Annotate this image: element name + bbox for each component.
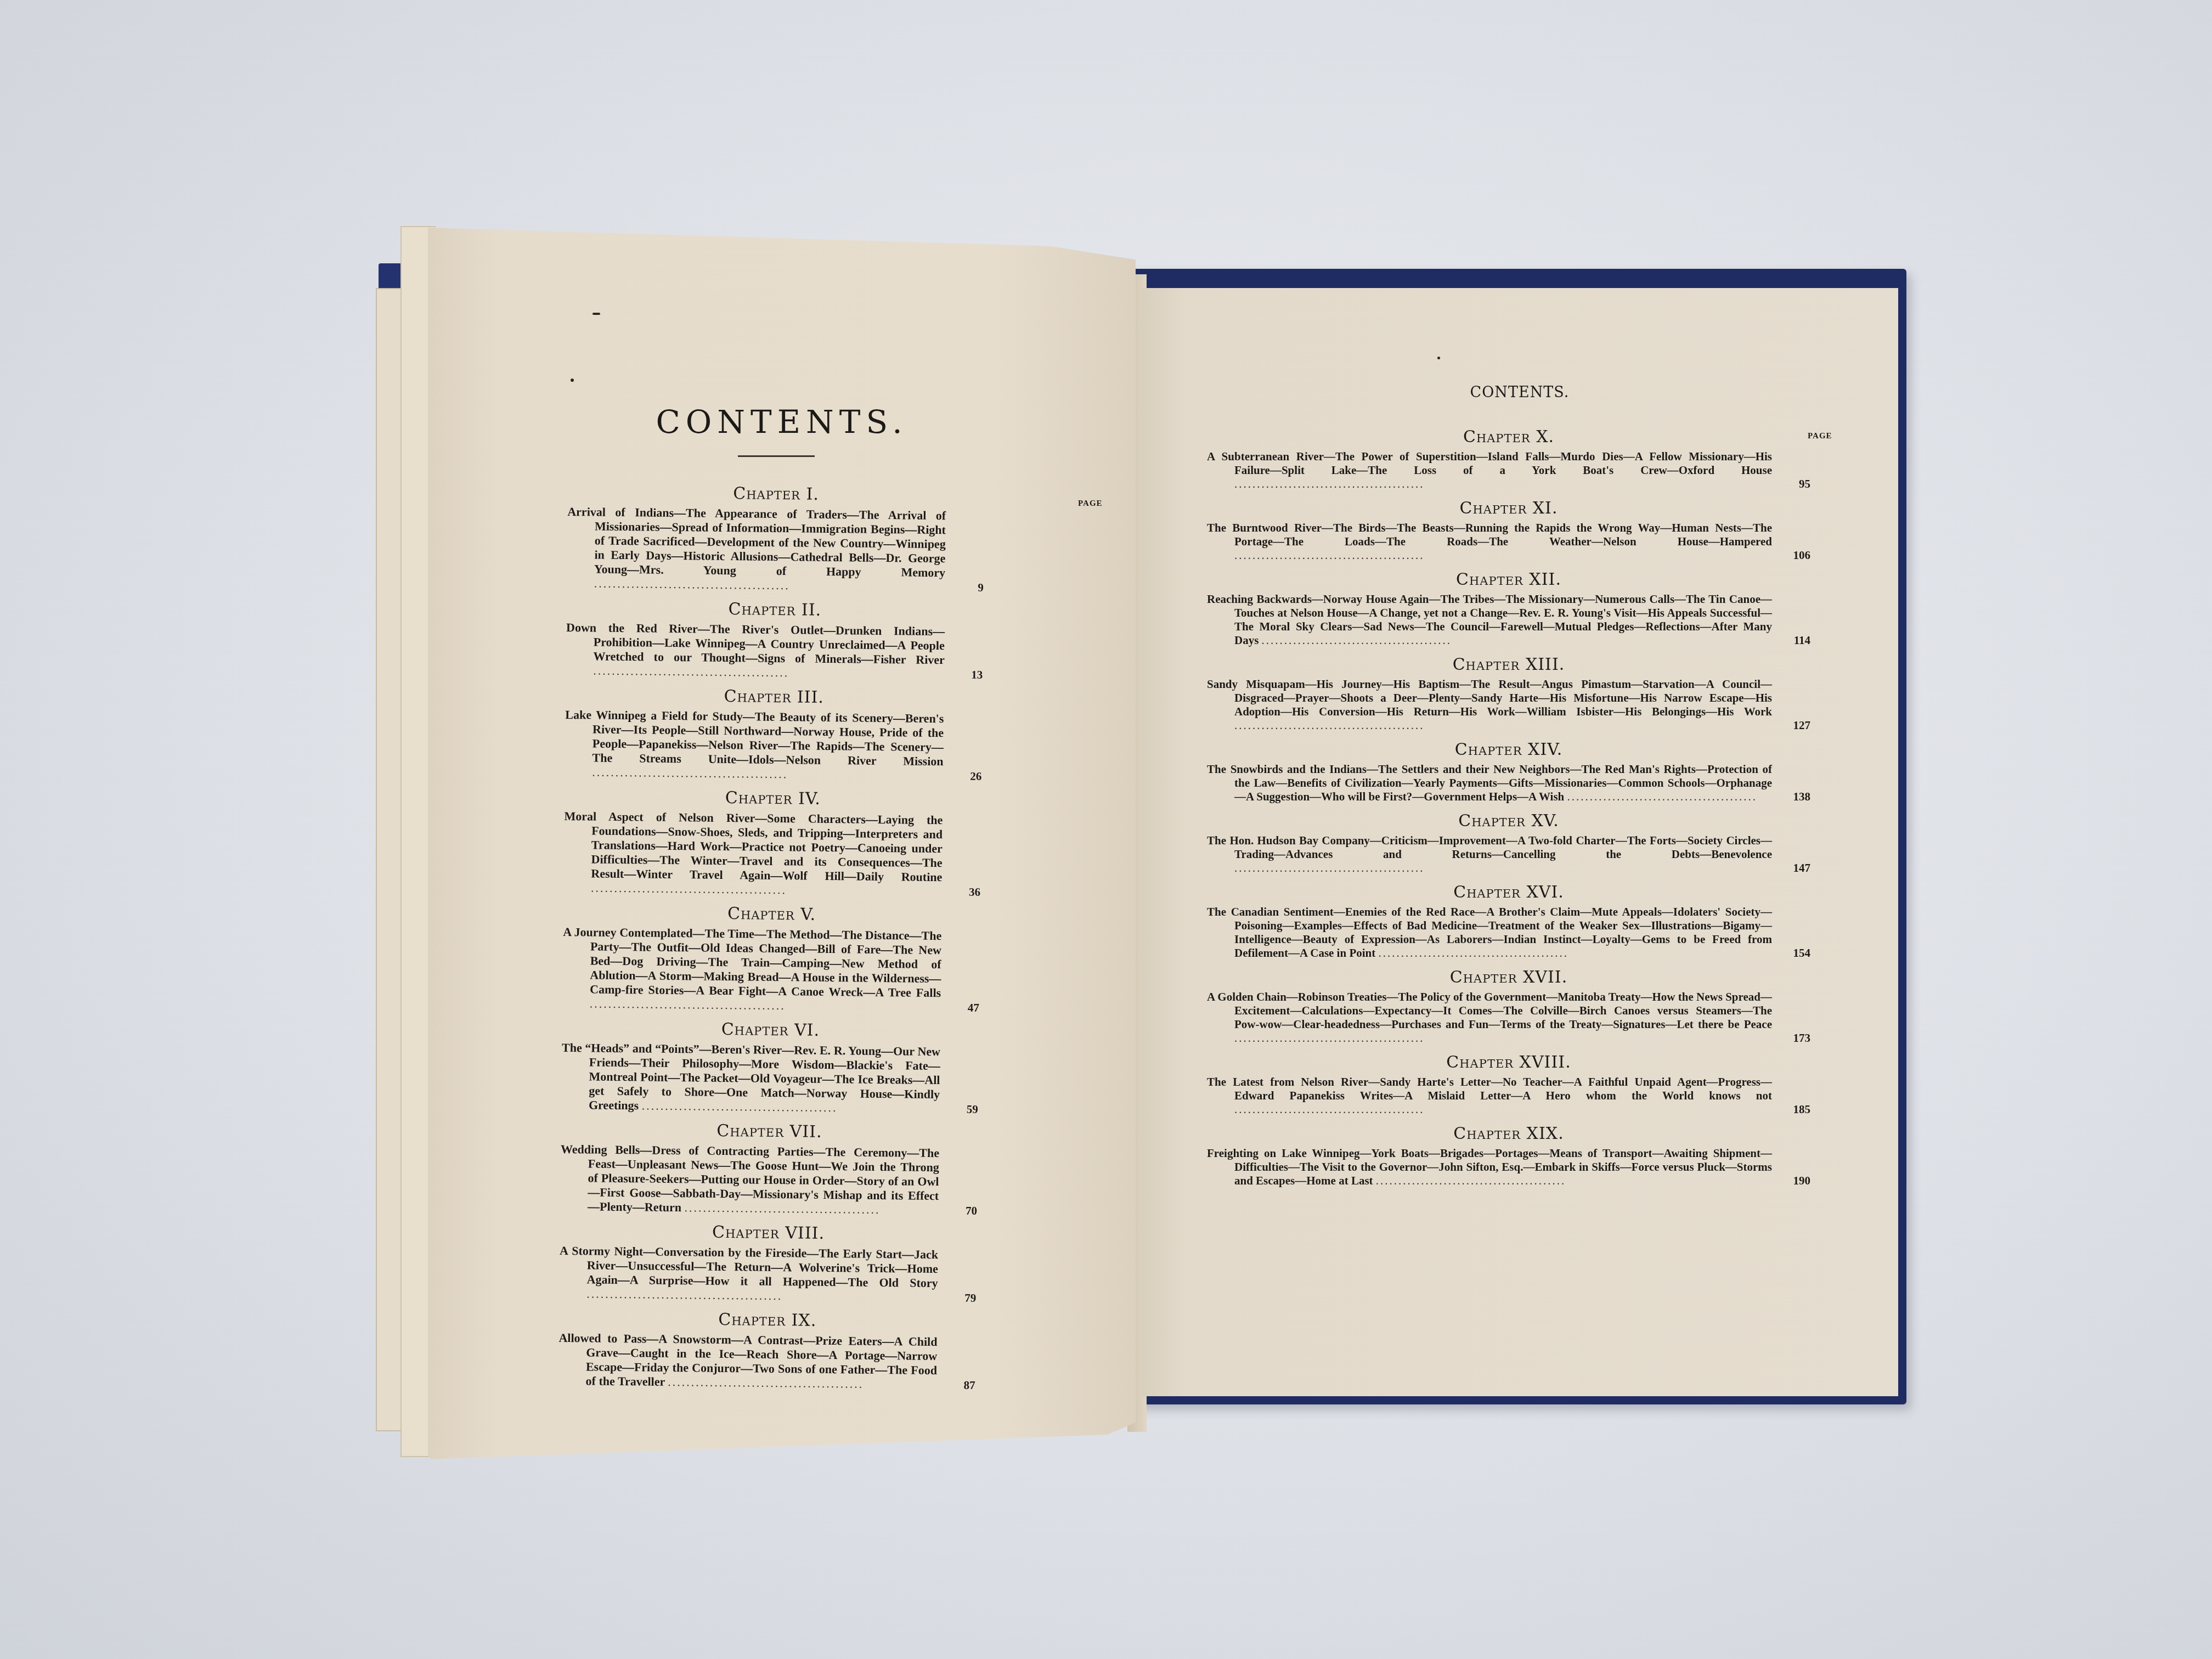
- page-number: 127: [1772, 718, 1810, 732]
- chapter-heading: Chapter XII.: [1207, 570, 1810, 589]
- leader-dots: ........................................…: [1376, 1174, 1566, 1187]
- leader-dots: ........................................…: [684, 1200, 880, 1216]
- toc-chapter: Chapter X. A Subterranean River—The Powe…: [1207, 427, 1810, 491]
- toc-entry[interactable]: A Journey Contemplated—The Time—The Meth…: [562, 925, 980, 1015]
- chapter-summary: Sandy Misquapam—His Journey—His Baptism—…: [1207, 678, 1772, 718]
- leader-dots: ........................................…: [668, 1375, 864, 1391]
- toc-chapter: Chapter XVI. The Canadian Sentiment—Enem…: [1207, 883, 1810, 960]
- leader-dots: ........................................…: [1234, 861, 1425, 874]
- toc-entry[interactable]: A Stormy Night—Conversation by the Fires…: [559, 1244, 977, 1305]
- toc-chapter: Chapter II. Down the Red River—The River…: [566, 598, 983, 682]
- chapter-summary: A Journey Contemplated—The Time—The Meth…: [563, 925, 941, 1000]
- toc-chapter: Chapter V. A Journey Contemplated—The Ti…: [562, 902, 980, 1015]
- leader-dots: ........................................…: [592, 765, 788, 781]
- leader-dots: ........................................…: [1234, 1031, 1425, 1045]
- chapter-heading: Chapter XVII.: [1207, 968, 1810, 987]
- toc-chapter: Chapter VII. Wedding Bells—Dress of Cont…: [560, 1120, 978, 1218]
- toc-entry[interactable]: A Golden Chain—Robinson Treaties—The Pol…: [1207, 990, 1810, 1045]
- toc-entry[interactable]: Arrival of Indians—The Appearance of Tra…: [567, 505, 985, 595]
- toc-entry[interactable]: Down the Red River—The River's Outlet—Dr…: [566, 620, 983, 682]
- toc-chapter: Chapter I. Arrival of Indians—The Appear…: [567, 482, 985, 595]
- page-number: 114: [1772, 633, 1810, 647]
- toc-chapter: Chapter XIX. Freighting on Lake Winnipeg…: [1207, 1124, 1810, 1188]
- right-page: CONTENTS. PAGE Chapter X. A Subterranean…: [1141, 288, 1898, 1396]
- chapter-heading: Chapter VI.: [562, 1018, 979, 1042]
- page-number: 59: [940, 1102, 978, 1116]
- toc-entry[interactable]: The Hon. Hudson Bay Company—Criticism—Im…: [1207, 834, 1810, 875]
- chapter-summary: The Hon. Hudson Bay Company—Criticism—Im…: [1207, 834, 1772, 861]
- leader-dots: ........................................…: [1262, 634, 1452, 647]
- title-rule: [738, 455, 815, 457]
- chapter-heading: Chapter XIX.: [1207, 1124, 1810, 1143]
- chapter-heading: Chapter XVI.: [1207, 883, 1810, 902]
- chapter-heading: Chapter VIII.: [560, 1221, 977, 1245]
- toc-chapter: Chapter XIII. Sandy Misquapam—His Journe…: [1207, 655, 1810, 732]
- page-number: 190: [1772, 1173, 1810, 1188]
- leader-dots: ........................................…: [1234, 719, 1425, 732]
- toc-list-left: Chapter I. Arrival of Indians—The Appear…: [558, 475, 985, 1392]
- toc-chapter: Chapter VIII. A Stormy Night—Conversatio…: [559, 1221, 977, 1305]
- toc-entry[interactable]: The Snowbirds and the Indians—The Settle…: [1207, 763, 1810, 804]
- page-title: CONTENTS.: [428, 403, 1136, 441]
- toc-entry[interactable]: The Canadian Sentiment—Enemies of the Re…: [1207, 905, 1810, 960]
- leader-dots: ........................................…: [591, 881, 787, 896]
- ink-speck: [1437, 357, 1440, 359]
- leader-dots: ........................................…: [594, 577, 790, 592]
- page-number: 47: [941, 1000, 979, 1015]
- chapter-heading: Chapter V.: [563, 902, 980, 926]
- chapter-summary: A Subterranean River—The Power of Supers…: [1207, 450, 1772, 477]
- leader-dots: ........................................…: [1234, 549, 1425, 562]
- ink-speck: [571, 379, 574, 382]
- chapter-heading: Chapter I.: [567, 482, 984, 506]
- toc-chapter: Chapter XI. The Burntwood River—The Bird…: [1207, 499, 1810, 562]
- leader-dots: ........................................…: [642, 1098, 838, 1114]
- chapter-heading: Chapter IV.: [565, 787, 981, 810]
- leader-dots: ........................................…: [590, 996, 786, 1012]
- leader-dots: ........................................…: [1378, 946, 1568, 960]
- page-number: 13: [944, 667, 983, 682]
- leader-dots: ........................................…: [1567, 790, 1758, 803]
- chapter-heading: Chapter XV.: [1207, 811, 1810, 831]
- chapter-heading: Chapter IX.: [559, 1308, 976, 1332]
- chapter-summary: Moral Aspect of Nelson River—Some Charac…: [564, 809, 943, 884]
- chapter-summary: A Stormy Night—Conversation by the Fires…: [560, 1244, 938, 1290]
- chapter-summary: A Golden Chain—Robinson Treaties—The Pol…: [1207, 990, 1772, 1031]
- chapter-heading: Chapter XIII.: [1207, 655, 1810, 674]
- toc-chapter: Chapter XII. Reaching Backwards—Norway H…: [1207, 570, 1810, 647]
- toc-entry[interactable]: A Subterranean River—The Power of Supers…: [1207, 450, 1810, 491]
- page-number: 185: [1772, 1102, 1810, 1116]
- chapter-heading: Chapter III.: [566, 685, 983, 709]
- chapter-summary: The Latest from Nelson River—Sandy Harte…: [1207, 1075, 1772, 1102]
- toc-chapter: Chapter XV. The Hon. Hudson Bay Company—…: [1207, 811, 1810, 875]
- left-page: CONTENTS. PAGE Chapter I. Arrival of Ind…: [428, 228, 1136, 1459]
- toc-chapter: Chapter VI. The “Heads” and “Points”—Ber…: [561, 1018, 979, 1116]
- toc-chapter: Chapter III. Lake Winnipeg a Field for S…: [565, 685, 983, 783]
- page-number: 95: [1772, 477, 1810, 491]
- chapter-summary: Arrival of Indians—The Appearance of Tra…: [567, 505, 946, 579]
- toc-entry[interactable]: The “Heads” and “Points”—Beren's River—R…: [561, 1041, 979, 1116]
- toc-chapter: Chapter XVII. A Golden Chain—Robinson Tr…: [1207, 968, 1810, 1045]
- chapter-heading: Chapter XIV.: [1207, 740, 1810, 759]
- page-number: 154: [1772, 946, 1810, 960]
- chapter-summary: Lake Winnipeg a Field for Study—The Beau…: [565, 708, 944, 768]
- toc-list-right: Chapter X. A Subterranean River—The Powe…: [1207, 420, 1810, 1188]
- toc-entry[interactable]: Allowed to Pass—A Snowstorm—A Contrast—P…: [558, 1331, 976, 1392]
- page-column-label: PAGE: [1808, 432, 1832, 441]
- chapter-summary: The Burntwood River—The Birds—The Beasts…: [1207, 521, 1772, 548]
- leader-dots: ........................................…: [593, 664, 789, 680]
- chapter-heading: Chapter XI.: [1207, 499, 1810, 518]
- page-number: 147: [1772, 861, 1810, 875]
- toc-chapter: Chapter XIV. The Snowbirds and the India…: [1207, 740, 1810, 804]
- toc-entry[interactable]: Sandy Misquapam—His Journey—His Baptism—…: [1207, 678, 1810, 732]
- page-number: 87: [937, 1378, 975, 1392]
- page-number: 70: [939, 1203, 977, 1218]
- ink-speck: [592, 313, 600, 315]
- leader-dots: ........................................…: [1234, 477, 1425, 490]
- toc-entry[interactable]: Lake Winnipeg a Field for Study—The Beau…: [565, 708, 982, 783]
- toc-entry[interactable]: Wedding Bells—Dress of Contracting Parti…: [560, 1142, 978, 1218]
- page-number: 138: [1772, 789, 1810, 804]
- toc-entry[interactable]: Freighting on Lake Winnipeg—York Boats—B…: [1207, 1147, 1810, 1188]
- page-number: 79: [938, 1290, 976, 1305]
- toc-chapter: Chapter IV. Moral Aspect of Nelson River…: [563, 787, 981, 899]
- page-column-label: PAGE: [1078, 499, 1103, 509]
- toc-entry[interactable]: Moral Aspect of Nelson River—Some Charac…: [563, 809, 981, 899]
- toc-chapter: Chapter XVIII. The Latest from Nelson Ri…: [1207, 1053, 1810, 1116]
- toc-entry[interactable]: The Latest from Nelson River—Sandy Harte…: [1207, 1075, 1810, 1116]
- running-title: CONTENTS.: [1141, 384, 1898, 401]
- page-number: 26: [943, 769, 981, 783]
- leader-dots: ........................................…: [1234, 1103, 1425, 1116]
- toc-entry[interactable]: The Burntwood River—The Birds—The Beasts…: [1207, 521, 1810, 562]
- page-number: 173: [1772, 1031, 1810, 1045]
- page-number: 9: [945, 580, 984, 595]
- page-number: 106: [1772, 548, 1810, 562]
- chapter-summary: Down the Red River—The River's Outlet—Dr…: [566, 620, 945, 667]
- chapter-heading: Chapter II.: [566, 598, 983, 622]
- chapter-heading: Chapter XVIII.: [1207, 1053, 1810, 1072]
- toc-entry[interactable]: Reaching Backwards—Norway House Again—Th…: [1207, 592, 1810, 647]
- chapter-heading: Chapter VII.: [561, 1120, 978, 1143]
- page-number: 36: [942, 884, 980, 899]
- chapter-heading: Chapter X.: [1207, 427, 1810, 447]
- toc-chapter: Chapter IX. Allowed to Pass—A Snowstorm—…: [558, 1308, 976, 1392]
- leader-dots: ........................................…: [586, 1286, 782, 1302]
